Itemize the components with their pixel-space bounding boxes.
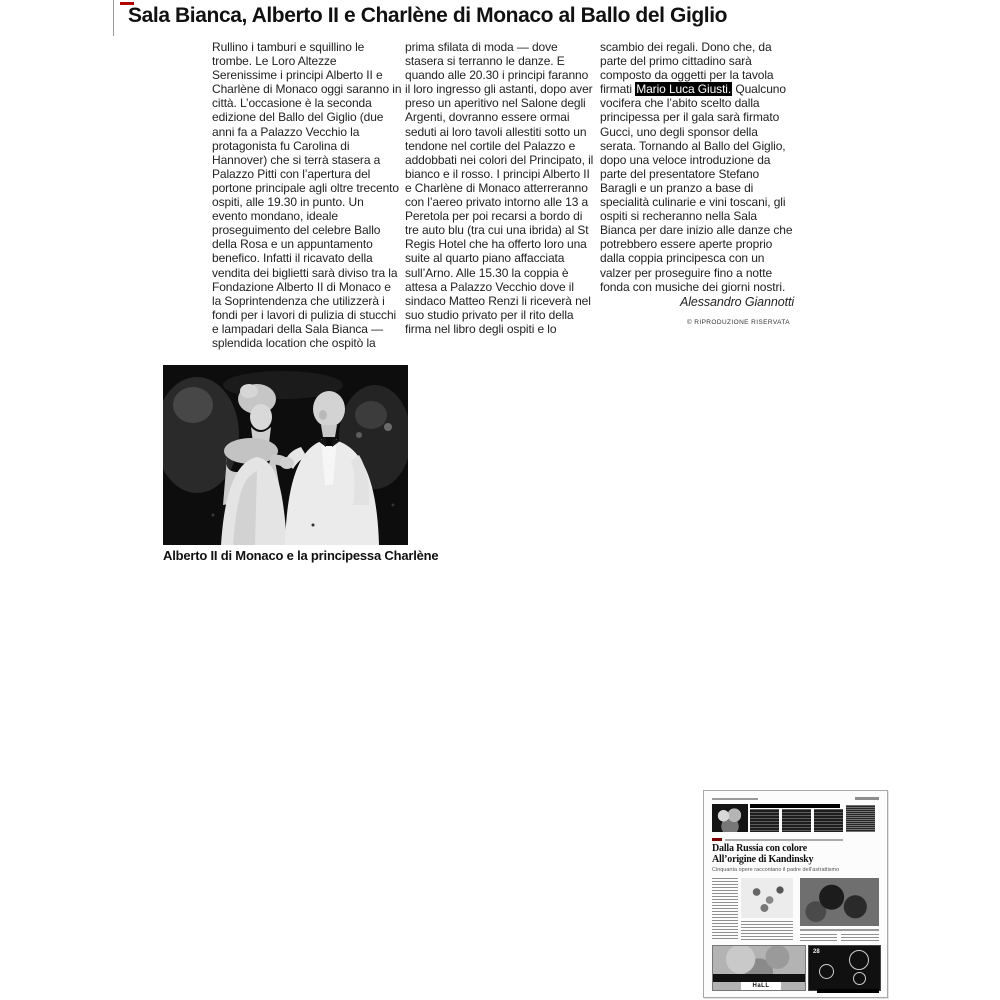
article-photo [163,365,408,545]
thumb-body-column [712,878,738,940]
thumb-section-label [855,797,879,800]
thumb-ad-strip [713,974,805,982]
article-column-1: Rullino i tamburi e squillino le trombe.… [212,40,402,350]
thumb-event-ad: 28 [808,945,881,991]
copyright-notice: © RIPRODUZIONE RISERVATA [600,316,794,330]
thumb-text-block [750,809,779,832]
article-headline: Sala Bianca, Alberto II e Charlène di Mo… [128,4,798,28]
thumb-masthead-line [712,798,758,800]
thumb-headline-line1: Dalla Russia con colore [712,843,842,854]
byline: Alessandro Giannotti [600,295,794,309]
thumb-headline-line2: All’origine di Kandinsky [712,854,842,865]
thumb-footer-bar [817,989,879,993]
ring-graphic [849,950,869,970]
thumb-article-photo [712,804,748,832]
highlighted-brand-name: Mario Luca Giusti. [635,82,732,96]
thumb-kicker-accent [712,838,722,841]
thumb-ad-number: 28 [813,949,820,955]
article-column-3: scambio dei regali. Dono che, da parte d… [600,40,794,330]
page-thumbnail[interactable]: Dalla Russia con colore All’origine di K… [703,790,888,998]
thumb-concert-ad: HaLL [712,945,806,991]
thumb-body-column [841,934,879,941]
thumb-body-column [800,934,837,941]
article-column-2: prima sfilata di moda — dove stasera si … [405,40,595,336]
thumb-kandinsky-sketch [741,878,793,918]
thumb-subhead: Cinquanta opere raccontano il padre dell… [712,867,842,873]
ring-graphic [853,972,866,985]
thumb-body-column [741,921,793,940]
thumb-headline-bar [750,804,840,808]
thumb-ad-logo: HaLL [741,982,781,990]
photo-caption: Alberto II di Monaco e la principessa Ch… [163,548,463,563]
thumb-kandinsky-photo [800,878,879,926]
clip-edge-line [113,0,114,36]
col3-text-after: Qualcuno vocifera che l’abito scelto dal… [600,82,792,293]
ring-graphic [819,964,834,979]
thumb-text-block [814,809,843,832]
thumb-kicker-line [725,839,843,841]
thumb-text-block [846,805,875,832]
thumb-photo-caption-line [800,929,879,931]
newspaper-clipping: Sala Bianca, Alberto II e Charlène di Mo… [0,0,1000,1000]
thumb-text-block [782,809,811,832]
dancing-couple-illustration [163,365,408,545]
